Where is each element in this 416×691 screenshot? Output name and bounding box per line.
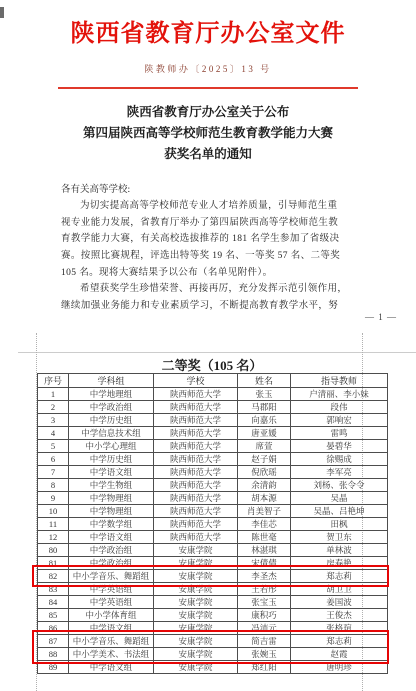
table-cell: 唐亚媛 bbox=[238, 427, 291, 440]
table-cell: 安康学院 bbox=[154, 570, 238, 583]
table-cell: 唐明珍 bbox=[291, 661, 388, 674]
document-letterhead-title: 陕西省教育厅办公室文件 bbox=[0, 13, 416, 48]
table-cell: 贺卫东 bbox=[291, 531, 388, 544]
table-cell: 陕西师范大学 bbox=[154, 505, 238, 518]
award-table-header: 序号 学科组 学校 姓名 指导教师 bbox=[38, 374, 388, 388]
table-cell: 82 bbox=[38, 570, 69, 583]
table-row: 81中学政治组安康学院宋倩倩房春艳 bbox=[38, 557, 388, 570]
table-cell: 中小学音乐、舞蹈组 bbox=[69, 570, 154, 583]
table-cell: 郑志莉 bbox=[291, 570, 388, 583]
award-table: 序号 学科组 学校 姓名 指导教师 1中学地理组陕西师范大学张玉户清丽、李小妹2… bbox=[37, 373, 388, 674]
table-row: 88中小学美术、书法组安康学院张婉玉赵霞 bbox=[38, 648, 388, 661]
table-cell: 席萱 bbox=[238, 440, 291, 453]
header-cell-index: 序号 bbox=[38, 374, 69, 388]
table-cell: 86 bbox=[38, 622, 69, 635]
table-cell: 田枫 bbox=[291, 518, 388, 531]
table-cell: 陕西师范大学 bbox=[154, 427, 238, 440]
award-table-title: 二等奖（105 名） bbox=[37, 355, 387, 374]
table-cell: 陕西师范大学 bbox=[154, 492, 238, 505]
table-cell: 5 bbox=[38, 440, 69, 453]
table-cell: 中学信息技术组 bbox=[69, 427, 154, 440]
table-cell: 王若彤 bbox=[238, 583, 291, 596]
table-cell: 宋倩倩 bbox=[238, 557, 291, 570]
table-cell: 胡卫卫 bbox=[291, 583, 388, 596]
table-cell: 余清韵 bbox=[238, 479, 291, 492]
table-row: 4中学信息技术组陕西师范大学唐亚媛雷鸣 bbox=[38, 427, 388, 440]
table-cell: 87 bbox=[38, 635, 69, 648]
table-cell: 安康学院 bbox=[154, 648, 238, 661]
table-cell: 安康学院 bbox=[154, 635, 238, 648]
table-cell: 8 bbox=[38, 479, 69, 492]
table-cell: 85 bbox=[38, 609, 69, 622]
table-cell: 张格瑄 bbox=[291, 622, 388, 635]
table-cell: 12 bbox=[38, 531, 69, 544]
table-cell: 中学历史组 bbox=[69, 453, 154, 466]
table-cell: 中学语文组 bbox=[69, 466, 154, 479]
table-cell: 中学语文组 bbox=[69, 531, 154, 544]
header-row: 序号 学科组 学校 姓名 指导教师 bbox=[38, 374, 388, 388]
body-line: 赛。按照比赛规程，评选出特等奖 19 名、一等奖 57 名、二等奖 bbox=[61, 248, 359, 265]
header-cell-teacher: 指导教师 bbox=[291, 374, 388, 388]
table-cell: 中小学美术、书法组 bbox=[69, 648, 154, 661]
table-cell: 马郡阳 bbox=[238, 401, 291, 414]
table-row: 82中小学音乐、舞蹈组安康学院李圣杰郑志莉 bbox=[38, 570, 388, 583]
table-cell: 88 bbox=[38, 648, 69, 661]
table-cell: 中学政治组 bbox=[69, 401, 154, 414]
table-cell: 中学数学组 bbox=[69, 518, 154, 531]
table-cell: 安康学院 bbox=[154, 544, 238, 557]
table-cell: 中小学体育组 bbox=[69, 609, 154, 622]
table-cell: 中学英语组 bbox=[69, 583, 154, 596]
table-row: 86中学语文组安康学院冯沛元张格瑄 bbox=[38, 622, 388, 635]
table-cell: 中小学音乐、舞蹈组 bbox=[69, 635, 154, 648]
table-cell: 林湛琪 bbox=[238, 544, 291, 557]
table-row: 5中小学心理组陕西师范大学席萱晏碧华 bbox=[38, 440, 388, 453]
table-cell: 刘杨、张令令 bbox=[291, 479, 388, 492]
table-cell: 向嘉乐 bbox=[238, 414, 291, 427]
table-row: 9中学物理组陕西师范大学胡本源吴晶 bbox=[38, 492, 388, 505]
body-line: 105 名。现将大赛结果予以公布（名单见附件）。 bbox=[61, 265, 359, 282]
table-cell: 郭响宏 bbox=[291, 414, 388, 427]
table-row: 6中学历史组陕西师范大学赵子娟徐赐成 bbox=[38, 453, 388, 466]
table-cell: 徐赐成 bbox=[291, 453, 388, 466]
table-cell: 陕西师范大学 bbox=[154, 453, 238, 466]
table-cell: 康积巧 bbox=[238, 609, 291, 622]
table-cell: 李军亮 bbox=[291, 466, 388, 479]
table-cell: 胡本源 bbox=[238, 492, 291, 505]
table-cell: 倪欣瑶 bbox=[238, 466, 291, 479]
table-cell: 陕西师范大学 bbox=[154, 440, 238, 453]
table-row: 7中学语文组陕西师范大学倪欣瑶李军亮 bbox=[38, 466, 388, 479]
notice-title-line-1: 陕西省教育厅办公室关于公布 bbox=[0, 102, 416, 123]
table-cell: 80 bbox=[38, 544, 69, 557]
document-number: 陕教师办〔2025〕13 号 bbox=[0, 62, 416, 75]
table-cell: 陕西师范大学 bbox=[154, 401, 238, 414]
table-cell: 房春艳 bbox=[291, 557, 388, 570]
table-row: 83中学英语组安康学院王若彤胡卫卫 bbox=[38, 583, 388, 596]
header-cell-name: 姓名 bbox=[238, 374, 291, 388]
table-cell: 安康学院 bbox=[154, 661, 238, 674]
body-line: 视专业能力发展，省教育厅举办了第四届陕西高等学校师范生教 bbox=[61, 215, 359, 232]
table-cell: 张宝玉 bbox=[238, 596, 291, 609]
notice-title: 陕西省教育厅办公室关于公布 第四届陕西高等学校师范生教育教学能力大赛 获奖名单的… bbox=[0, 102, 416, 165]
header-cell-school: 学校 bbox=[154, 374, 238, 388]
table-cell: 89 bbox=[38, 661, 69, 674]
table-cell: 10 bbox=[38, 505, 69, 518]
table-cell: 中学物理组 bbox=[69, 505, 154, 518]
table-cell: 简吉雷 bbox=[238, 635, 291, 648]
table-cell: 9 bbox=[38, 492, 69, 505]
table-row: 10中学物理组陕西师范大学肖美智子吴晶、吕艳坤 bbox=[38, 505, 388, 518]
table-row: 89中学语文组安康学院郑红阳唐明珍 bbox=[38, 661, 388, 674]
table-row: 11中学数学组陕西师范大学李佳芯田枫 bbox=[38, 518, 388, 531]
page-break-divider bbox=[18, 352, 416, 353]
table-cell: 单林波 bbox=[291, 544, 388, 557]
table-cell: 赵霞 bbox=[291, 648, 388, 661]
body-line: 希望获奖学生珍惜荣誉、再接再厉，充分发挥示范引领作用， bbox=[61, 281, 359, 298]
table-cell: 冯沛元 bbox=[238, 622, 291, 635]
table-cell: 李圣杰 bbox=[238, 570, 291, 583]
table-row: 2中学政治组陕西师范大学马郡阳段伟 bbox=[38, 401, 388, 414]
table-cell: 王俊杰 bbox=[291, 609, 388, 622]
table-cell: 中学英语组 bbox=[69, 596, 154, 609]
notice-body: 为切实提高高等学校师范专业人才培养质量，引导师范生重 视专业能力发展，省教育厅举… bbox=[61, 198, 359, 315]
table-cell: 中学历史组 bbox=[69, 414, 154, 427]
table-cell: 中学地理组 bbox=[69, 388, 154, 401]
salutation: 各有关高等学校: bbox=[61, 181, 361, 195]
table-cell: 吴晶、吕艳坤 bbox=[291, 505, 388, 518]
table-cell: 安康学院 bbox=[154, 622, 238, 635]
table-row: 1中学地理组陕西师范大学张玉户清丽、李小妹 bbox=[38, 388, 388, 401]
table-row: 3中学历史组陕西师范大学向嘉乐郭响宏 bbox=[38, 414, 388, 427]
table-cell: 中学语文组 bbox=[69, 622, 154, 635]
table-cell: 吴晶 bbox=[291, 492, 388, 505]
table-cell: 11 bbox=[38, 518, 69, 531]
table-cell: 7 bbox=[38, 466, 69, 479]
table-row: 8中学生物组陕西师范大学余清韵刘杨、张令令 bbox=[38, 479, 388, 492]
body-line: 为切实提高高等学校师范专业人才培养质量，引导师范生重 bbox=[61, 198, 359, 215]
table-cell: 1 bbox=[38, 388, 69, 401]
document-page: 陕西省教育厅办公室文件 陕教师办〔2025〕13 号 陕西省教育厅办公室关于公布… bbox=[0, 0, 416, 691]
table-cell: 姜国波 bbox=[291, 596, 388, 609]
table-cell: 中小学心理组 bbox=[69, 440, 154, 453]
table-cell: 安康学院 bbox=[154, 596, 238, 609]
letterhead-red-rule bbox=[58, 87, 358, 89]
table-cell: 张婉玉 bbox=[238, 648, 291, 661]
table-cell: 2 bbox=[38, 401, 69, 414]
notice-title-line-3: 获奖名单的通知 bbox=[0, 144, 416, 165]
table-cell: 安康学院 bbox=[154, 583, 238, 596]
table-cell: 83 bbox=[38, 583, 69, 596]
table-cell: 户清丽、李小妹 bbox=[291, 388, 388, 401]
table-cell: 段伟 bbox=[291, 401, 388, 414]
table-cell: 中学政治组 bbox=[69, 544, 154, 557]
table-cell: 84 bbox=[38, 596, 69, 609]
award-table-body: 1中学地理组陕西师范大学张玉户清丽、李小妹2中学政治组陕西师范大学马郡阳段伟3中… bbox=[38, 388, 388, 674]
table-row: 80中学政治组安康学院林湛琪单林波 bbox=[38, 544, 388, 557]
table-cell: 中学语文组 bbox=[69, 661, 154, 674]
table-cell: 郑红阳 bbox=[238, 661, 291, 674]
table-cell: 中学政治组 bbox=[69, 557, 154, 570]
table-cell: 81 bbox=[38, 557, 69, 570]
table-cell: 张玉 bbox=[238, 388, 291, 401]
table-cell: 陕西师范大学 bbox=[154, 518, 238, 531]
table-cell: 陕西师范大学 bbox=[154, 479, 238, 492]
body-line: 继续加强业务能力和专业素质学习，不断提高教育教学水平，努 bbox=[61, 298, 359, 315]
notice-title-line-2: 第四届陕西高等学校师范生教育教学能力大赛 bbox=[0, 123, 416, 144]
table-cell: 中学物理组 bbox=[69, 492, 154, 505]
header-cell-group: 学科组 bbox=[69, 374, 154, 388]
table-row: 87中小学音乐、舞蹈组安康学院简吉雷郑志莉 bbox=[38, 635, 388, 648]
table-cell: 中学生物组 bbox=[69, 479, 154, 492]
table-cell: 郑志莉 bbox=[291, 635, 388, 648]
table-cell: 李佳芯 bbox=[238, 518, 291, 531]
body-line: 育教学能力大赛，有关高校选拔推荐的 181 名学生参加了省级决 bbox=[61, 231, 359, 248]
table-cell: 陕西师范大学 bbox=[154, 414, 238, 427]
table-cell: 晏碧华 bbox=[291, 440, 388, 453]
table-cell: 陕西师范大学 bbox=[154, 388, 238, 401]
table-cell: 陕西师范大学 bbox=[154, 531, 238, 544]
table-cell: 安康学院 bbox=[154, 557, 238, 570]
table-cell: 肖美智子 bbox=[238, 505, 291, 518]
table-cell: 3 bbox=[38, 414, 69, 427]
table-cell: 雷鸣 bbox=[291, 427, 388, 440]
table-cell: 安康学院 bbox=[154, 609, 238, 622]
page-number: — 1 — bbox=[365, 312, 397, 322]
table-cell: 6 bbox=[38, 453, 69, 466]
table-cell: 4 bbox=[38, 427, 69, 440]
table-cell: 陕西师范大学 bbox=[154, 466, 238, 479]
table-row: 12中学语文组陕西师范大学陈世毫贺卫东 bbox=[38, 531, 388, 544]
table-cell: 赵子娟 bbox=[238, 453, 291, 466]
table-cell: 陈世毫 bbox=[238, 531, 291, 544]
table-row: 84中学英语组安康学院张宝玉姜国波 bbox=[38, 596, 388, 609]
table-row: 85中小学体育组安康学院康积巧王俊杰 bbox=[38, 609, 388, 622]
